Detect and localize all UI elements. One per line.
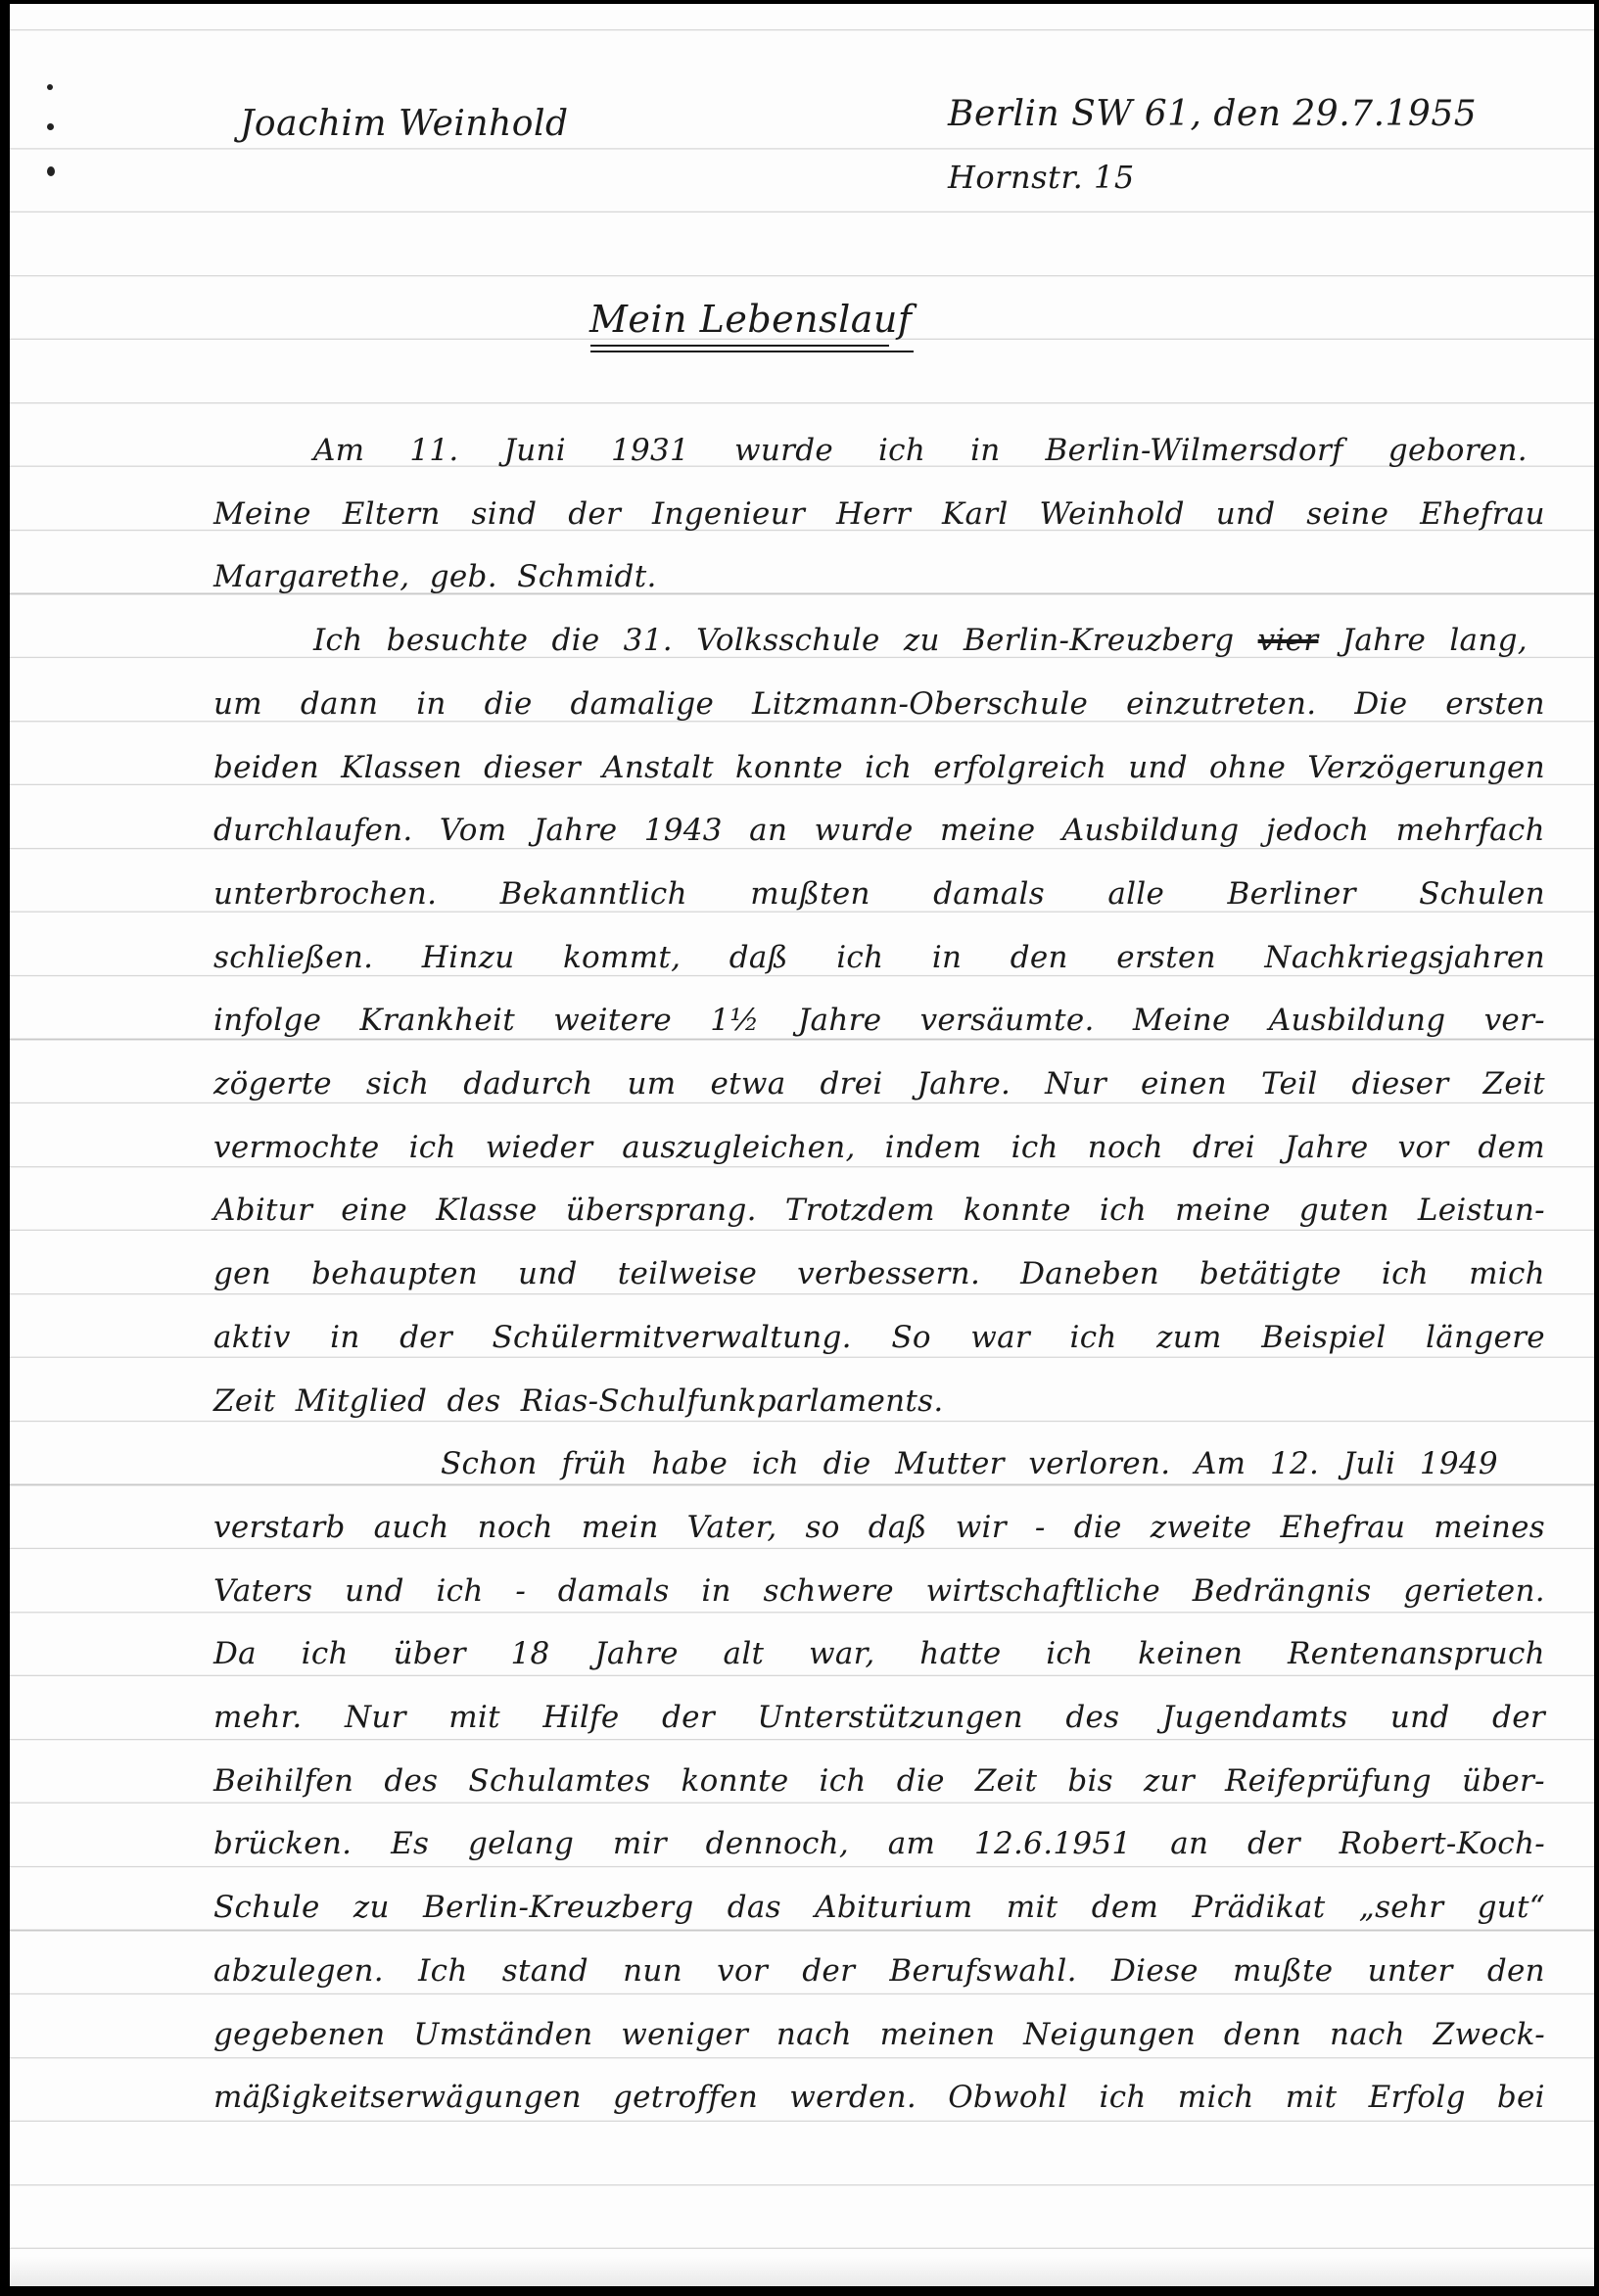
word: der xyxy=(802,1953,855,1989)
word: die xyxy=(1074,1510,1122,1545)
word: Zweck- xyxy=(1434,2017,1545,2052)
word: betätigte xyxy=(1199,1256,1341,1291)
document-title: Mein Lebenslauf xyxy=(589,298,912,341)
word: geboren. xyxy=(1388,433,1528,468)
word: eine xyxy=(341,1193,407,1228)
word: Jahre xyxy=(1342,623,1427,658)
word: Leistun- xyxy=(1418,1193,1545,1228)
word: mit xyxy=(1007,1890,1058,1925)
word: mehr. xyxy=(213,1700,302,1735)
word: ich xyxy=(820,1763,867,1799)
text-line: umdannindiedamaligeLitzmann-Oberschuleei… xyxy=(213,686,1545,722)
word: Diese xyxy=(1111,1953,1199,1989)
word: nun xyxy=(623,1953,682,1989)
word: Beispiel xyxy=(1261,1320,1386,1355)
word: schließen. xyxy=(213,940,373,975)
word: längere xyxy=(1426,1320,1545,1355)
word: meine xyxy=(940,813,1035,848)
word: drei xyxy=(1193,1130,1255,1165)
text-line: infolgeKrankheitweitere1½Jahreversäumte.… xyxy=(213,1003,1545,1038)
text-line: Margarethe, geb. Schmidt. xyxy=(213,559,1545,594)
word: dem xyxy=(1092,1890,1159,1925)
punch-hole-mark xyxy=(47,123,54,130)
text-line: mäßigkeitserwägungengetroffenwerden.Obwo… xyxy=(213,2080,1545,2115)
word: 1949 xyxy=(1420,1446,1498,1481)
word: und xyxy=(1216,496,1276,532)
word: Am xyxy=(313,433,364,468)
word: guten xyxy=(1299,1193,1389,1228)
word: dieser xyxy=(484,750,581,785)
word: Jahre xyxy=(1285,1130,1369,1165)
word: einzutreten. xyxy=(1126,686,1316,722)
word: und xyxy=(1128,750,1188,785)
word: Schule xyxy=(213,1890,320,1925)
word: an xyxy=(749,813,787,848)
word: Margarethe, xyxy=(213,559,430,594)
word: mußte xyxy=(1233,1953,1333,1989)
title-underline xyxy=(590,351,914,352)
word: unter xyxy=(1368,1953,1453,1989)
word: verstarb xyxy=(213,1510,346,1545)
word: Obwohl xyxy=(948,2080,1067,2115)
word: und xyxy=(518,1256,578,1291)
word: in xyxy=(701,1573,730,1609)
word: weniger xyxy=(621,2017,748,2052)
word: die xyxy=(551,623,599,658)
word: ersten xyxy=(1445,686,1545,722)
word: damalige xyxy=(571,686,715,722)
word: mich xyxy=(1469,1256,1545,1291)
word: Anstalt xyxy=(602,750,714,785)
text-line: verstarbauchnochmeinVater,sodaßwir-diezw… xyxy=(213,1510,1545,1545)
word: ich xyxy=(1100,1193,1147,1228)
word: war, xyxy=(809,1636,874,1671)
word: zur xyxy=(1144,1763,1195,1799)
word: der xyxy=(568,496,621,532)
word: des xyxy=(384,1763,438,1799)
word: gut“ xyxy=(1478,1890,1545,1925)
word: schwere xyxy=(764,1573,894,1609)
word: Abitur xyxy=(213,1193,312,1228)
word: teilweise xyxy=(618,1256,757,1291)
word: und xyxy=(1390,1700,1450,1735)
word: Meine xyxy=(1133,1003,1231,1038)
word: ich xyxy=(1070,1320,1117,1355)
word: kommt, xyxy=(563,940,681,975)
word: Schon xyxy=(441,1446,538,1481)
word: der xyxy=(1247,1826,1300,1861)
word: nach xyxy=(776,2017,852,2052)
word: Ausbildung xyxy=(1269,1003,1446,1038)
word: Litzmann-Oberschule xyxy=(752,686,1088,722)
word: Robert-Koch- xyxy=(1340,1826,1545,1861)
word: meine xyxy=(1175,1193,1270,1228)
word: Schmidt. xyxy=(517,559,656,594)
word: Daneben xyxy=(1020,1256,1159,1291)
word: konnte xyxy=(964,1193,1071,1228)
word: die xyxy=(485,686,533,722)
word: den xyxy=(1011,940,1068,975)
word: mußten xyxy=(750,876,870,912)
word: hatte xyxy=(919,1636,1001,1671)
word: mehrfach xyxy=(1396,813,1545,848)
word: daß xyxy=(729,940,788,975)
word: Ausbildung xyxy=(1062,813,1240,848)
word: Vom xyxy=(440,813,507,848)
word: verbessern. xyxy=(797,1256,980,1291)
word: drei xyxy=(820,1066,882,1101)
text-line: brücken.Esgelangmirdennoch,am12.6.1951an… xyxy=(213,1826,1545,1861)
text-line: beidenKlassendieserAnstaltkonnteicherfol… xyxy=(213,750,1545,785)
text-line: BeihilfendesSchulamteskonnteichdieZeitbi… xyxy=(213,1763,1545,1799)
word: alle xyxy=(1107,876,1164,912)
word: auszugleichen, xyxy=(622,1130,855,1165)
word: an xyxy=(1170,1826,1208,1861)
word: Hinzu xyxy=(422,940,515,975)
word: ich xyxy=(752,1446,799,1481)
word: Juli xyxy=(1343,1446,1395,1481)
word: 11. xyxy=(409,433,458,468)
word: Ich xyxy=(418,1953,467,1989)
word: früh xyxy=(561,1446,627,1481)
word: Jahre xyxy=(594,1636,679,1671)
word: ich xyxy=(1046,1636,1093,1671)
text-line: SchonfrühhabeichdieMutterverloren.Am12.J… xyxy=(441,1446,1498,1481)
word: - xyxy=(515,1573,526,1609)
word: vermochte xyxy=(213,1130,380,1165)
word: indem xyxy=(885,1130,982,1165)
word: wir xyxy=(956,1510,1007,1545)
word: Ich xyxy=(313,623,362,658)
word: Nur xyxy=(1045,1066,1106,1101)
word: bis xyxy=(1067,1763,1113,1799)
word: Karl xyxy=(942,496,1009,532)
word: wirtschaftliche xyxy=(926,1573,1160,1609)
word: 12. xyxy=(1270,1446,1319,1481)
word: den xyxy=(1487,1953,1545,1989)
word: Volksschule xyxy=(696,623,880,658)
word: zum xyxy=(1156,1320,1222,1355)
word: Ehefrau xyxy=(1280,1510,1405,1545)
word: zweite xyxy=(1151,1510,1252,1545)
word: Verzögerungen xyxy=(1307,750,1545,785)
text-line: abzulegen.IchstandnunvorderBerufswahl.Di… xyxy=(213,1953,1545,1989)
word: Jahre xyxy=(798,1003,882,1038)
word: lang, xyxy=(1449,623,1528,658)
word: Schulen xyxy=(1419,876,1545,912)
word: Krankheit xyxy=(359,1003,515,1038)
text-line: SchulezuBerlin-KreuzbergdasAbituriummitd… xyxy=(213,1890,1545,1925)
word: ich xyxy=(436,1573,483,1609)
text-line: zögertesichdadurchumetwadreiJahre.Nurein… xyxy=(213,1066,1545,1101)
word: Berlin-Wilmersdorf xyxy=(1046,433,1343,468)
word: weitere xyxy=(553,1003,672,1038)
word: die xyxy=(897,1763,945,1799)
word: vier xyxy=(1258,623,1319,658)
word: Bedrängnis xyxy=(1193,1573,1372,1609)
text-line: gegebenenUmständenwenigernachmeinenNeigu… xyxy=(213,2017,1545,2052)
word: Ehefrau xyxy=(1420,496,1545,532)
text-line: unterbrochen.Bekanntlichmußtendamalsalle… xyxy=(213,876,1545,912)
word: Bekanntlich xyxy=(500,876,687,912)
word: 1931 xyxy=(611,433,689,468)
word: über xyxy=(394,1636,466,1671)
word: Weinhold xyxy=(1039,496,1184,532)
word: zu xyxy=(353,1890,390,1925)
word: gegebenen xyxy=(213,2017,386,2052)
word: durchlaufen. xyxy=(213,813,413,848)
word: der xyxy=(400,1320,452,1355)
word: mein xyxy=(582,1510,659,1545)
text-line: Ichbesuchtedie31.VolksschulezuBerlin-Kre… xyxy=(313,623,1528,658)
text-line: AbitureineKlasseübersprang.Trotzdemkonnt… xyxy=(213,1193,1545,1228)
word: um xyxy=(213,686,262,722)
scan-border xyxy=(1594,0,1599,2296)
word: Berliner xyxy=(1228,876,1356,912)
word: getroffen xyxy=(613,2080,758,2115)
word: konnte xyxy=(735,750,843,785)
word: 1½ xyxy=(710,1003,759,1038)
word: war xyxy=(970,1320,1030,1355)
word: Herr xyxy=(836,496,911,532)
word: behaupten xyxy=(311,1256,478,1291)
text-line: Daichüber18Jahrealtwar,hatteichkeinenRen… xyxy=(213,1636,1545,1671)
word: der xyxy=(1492,1700,1545,1735)
word: so xyxy=(806,1510,840,1545)
word: wurde xyxy=(815,813,914,848)
word: Abiturium xyxy=(815,1890,972,1925)
word: Zeit xyxy=(1482,1066,1544,1101)
word: habe xyxy=(651,1446,728,1481)
word: dieser xyxy=(1352,1066,1449,1101)
word: ohne xyxy=(1209,750,1286,785)
word: sich xyxy=(366,1066,429,1101)
word: in xyxy=(330,1320,359,1355)
word: um xyxy=(628,1066,677,1101)
word: Juni xyxy=(504,433,566,468)
word: denn xyxy=(1224,2017,1301,2052)
word: 31. xyxy=(624,623,673,658)
word: aktiv xyxy=(213,1320,291,1355)
author-name: Joachim Weinhold xyxy=(240,104,569,144)
word: „sehr xyxy=(1359,1890,1444,1925)
word: Klassen xyxy=(341,750,462,785)
word: in xyxy=(970,433,1000,468)
word: mit xyxy=(448,1700,500,1735)
word: 18 xyxy=(510,1636,549,1671)
text-line: Am11.Juni1931wurdeichinBerlin-Wilmersdor… xyxy=(313,433,1528,468)
word: in xyxy=(416,686,446,722)
word: - xyxy=(1035,1510,1046,1545)
word: ich xyxy=(878,433,925,468)
word: Jahre. xyxy=(917,1066,1011,1101)
word: Hilfe xyxy=(542,1700,619,1735)
word: auch xyxy=(374,1510,449,1545)
word: Da xyxy=(213,1636,257,1671)
word: sind xyxy=(471,496,537,532)
word: mir xyxy=(613,1826,667,1861)
word: vor xyxy=(1398,1130,1449,1165)
word: dann xyxy=(301,686,378,722)
word: zögerte xyxy=(213,1066,332,1101)
word: und xyxy=(345,1573,404,1609)
word: mäßigkeitserwägungen xyxy=(213,2080,582,2115)
word: ich xyxy=(1382,1256,1429,1291)
text-line: durchlaufen.VomJahre1943anwurdemeineAusb… xyxy=(213,813,1545,848)
word: brücken. xyxy=(213,1826,352,1861)
word: in xyxy=(932,940,962,975)
word: nach xyxy=(1330,2017,1405,2052)
word: Erfolg xyxy=(1369,2080,1466,2115)
letter-page: Joachim Weinhold Berlin SW 61, den 29.7.… xyxy=(10,4,1594,2286)
word: ich xyxy=(302,1636,349,1671)
word: seine xyxy=(1306,496,1388,532)
word: des xyxy=(1065,1700,1119,1735)
word: wieder xyxy=(486,1130,593,1165)
word: zu xyxy=(904,623,940,658)
word: gerieten. xyxy=(1403,1573,1545,1609)
word: Rentenanspruch xyxy=(1288,1636,1545,1671)
word: Prädikat xyxy=(1192,1890,1325,1925)
word: Nur xyxy=(345,1700,406,1735)
text-line: Vatersundich-damalsinschwerewirtschaftli… xyxy=(213,1573,1545,1609)
word: Am xyxy=(1195,1446,1246,1481)
text-line: Zeit Mitglied des Rias-Schulfunkparlamen… xyxy=(213,1383,1545,1419)
word: damals xyxy=(558,1573,670,1609)
word: Mitglied xyxy=(296,1383,447,1419)
word: dem xyxy=(1478,1130,1545,1165)
word: Rias-Schulfunkparlaments. xyxy=(521,1383,944,1419)
text-line: aktivinderSchülermitverwaltung.Sowarichz… xyxy=(213,1320,1545,1355)
word: übersprang. xyxy=(566,1193,757,1228)
word: konnte xyxy=(682,1763,789,1799)
text-line: vermochteichwiederauszugleichen,indemich… xyxy=(213,1130,1545,1165)
word: beiden xyxy=(213,750,319,785)
word: Ingenieur xyxy=(652,496,805,532)
word: Teil xyxy=(1261,1066,1318,1101)
word: gen xyxy=(213,1256,271,1291)
text-line: genbehauptenundteilweiseverbessern.Daneb… xyxy=(213,1256,1545,1291)
word: abzulegen. xyxy=(213,1953,384,1989)
word: meines xyxy=(1434,1510,1545,1545)
word: verloren. xyxy=(1028,1446,1170,1481)
word: der xyxy=(662,1700,715,1735)
word: Jahre xyxy=(534,813,618,848)
word: Es xyxy=(391,1826,429,1861)
word: Vater, xyxy=(687,1510,777,1545)
word: 1943 xyxy=(644,813,723,848)
text-line: MeineElternsindderIngenieurHerrKarlWeinh… xyxy=(213,496,1545,532)
word: Zeit xyxy=(213,1383,296,1419)
word: gelang xyxy=(468,1826,574,1861)
word: Neigungen xyxy=(1023,2017,1196,2052)
word: Schülermitverwaltung. xyxy=(492,1320,851,1355)
word: Mutter xyxy=(895,1446,1005,1481)
punch-hole-mark xyxy=(47,84,53,90)
word: bei xyxy=(1497,2080,1545,2115)
word: 12.6.1951 xyxy=(974,1826,1131,1861)
address: Hornstr. 15 xyxy=(948,159,1135,196)
word: Klasse xyxy=(436,1193,538,1228)
word: besuchte xyxy=(387,623,529,658)
word: dennoch, xyxy=(706,1826,849,1861)
word: Berlin-Kreuzberg xyxy=(964,623,1235,658)
place-date: Berlin SW 61, den 29.7.1955 xyxy=(948,94,1477,134)
word: ich xyxy=(865,750,912,785)
word: am xyxy=(888,1826,935,1861)
word: erfolgreich xyxy=(933,750,1106,785)
title-underline xyxy=(590,345,889,347)
word: ich xyxy=(409,1130,456,1165)
word: mit xyxy=(1286,2080,1338,2115)
word: jedoch xyxy=(1266,813,1370,848)
word: ich xyxy=(836,940,883,975)
word: Jugendamts xyxy=(1162,1700,1348,1735)
word: Schulamtes xyxy=(468,1763,650,1799)
word: So xyxy=(891,1320,931,1355)
word: Unterstützungen xyxy=(757,1700,1022,1735)
word: dadurch xyxy=(463,1066,592,1101)
text-line: schließen.Hinzukommt,daßichindenerstenNa… xyxy=(213,940,1545,975)
word: daß xyxy=(869,1510,927,1545)
word: mich xyxy=(1178,2080,1254,2115)
word: unterbrochen. xyxy=(213,876,437,912)
word: Nachkriegsjahren xyxy=(1264,940,1545,975)
word: Reifeprüfung xyxy=(1225,1763,1432,1799)
text-line: mehr.NurmitHilfederUnterstützungendesJug… xyxy=(213,1700,1545,1735)
word: ich xyxy=(1099,2080,1146,2115)
word: Berlin-Kreuzberg xyxy=(423,1890,694,1925)
word: ersten xyxy=(1116,940,1216,975)
word: Trotzdem xyxy=(785,1193,935,1228)
word: noch xyxy=(478,1510,553,1545)
word: des xyxy=(447,1383,520,1419)
word: vor xyxy=(717,1953,768,1989)
word: einen xyxy=(1141,1066,1227,1101)
word: das xyxy=(728,1890,781,1925)
word: Die xyxy=(1354,686,1407,722)
word: meinen xyxy=(880,2017,996,2052)
word: Zeit xyxy=(975,1763,1037,1799)
word: Beihilfen xyxy=(213,1763,353,1799)
word: ver- xyxy=(1484,1003,1545,1038)
word: etwa xyxy=(710,1066,785,1101)
word: Meine xyxy=(213,496,311,532)
word: keinen xyxy=(1138,1636,1243,1671)
word: alt xyxy=(724,1636,765,1671)
word: Vaters xyxy=(213,1573,312,1609)
word: ich xyxy=(1011,1130,1058,1165)
word: damals xyxy=(933,876,1045,912)
word: wurde xyxy=(734,433,833,468)
word: geb. xyxy=(430,559,517,594)
word: Berufswahl. xyxy=(889,1953,1076,1989)
word: versäumte. xyxy=(920,1003,1095,1038)
word: noch xyxy=(1088,1130,1163,1165)
word: die xyxy=(823,1446,871,1481)
word: Umständen xyxy=(413,2017,592,2052)
word: werden. xyxy=(789,2080,917,2115)
word: stand xyxy=(502,1953,588,1989)
word: infolge xyxy=(213,1003,321,1038)
word: Eltern xyxy=(343,496,441,532)
word: über- xyxy=(1462,1763,1545,1799)
punch-hole-mark xyxy=(47,166,55,176)
